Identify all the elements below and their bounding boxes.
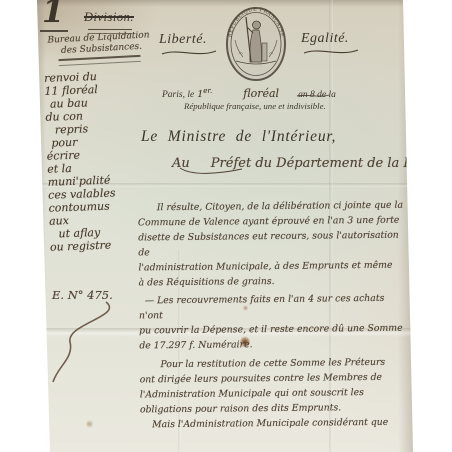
dateline-paris: Paris, le (162, 90, 194, 100)
body-line: pu couvrir la Dépense, et il reste encor… (139, 322, 407, 340)
margin-note-line: ou registre (50, 237, 152, 254)
body-line: disette de Subsistances eut recours, sou… (138, 228, 406, 261)
paraph-flourish (44, 298, 124, 388)
paper-edge-shadow-top (37, 0, 403, 7)
egalite-label: Egalité. (301, 31, 349, 47)
body-line: — Les recouvrements faits en l'an 4 sur … (139, 292, 407, 325)
body-line: Mais l'Administration Municipale considé… (140, 415, 408, 433)
division-label-struck: Division. (84, 10, 134, 25)
dateline-day-suffix: er. (203, 87, 212, 95)
body-paragraph-2: — Les recouvrements faits en l'an 4 sur … (139, 292, 408, 354)
bureau-office-note: Bureau de Liquidation des Subsistances. (47, 30, 151, 66)
egalite-flourish (302, 47, 360, 57)
margin-annotation: renvoi du 11 floréal au bau du con repri… (44, 68, 152, 253)
body-paragraph-4: Mais l'Administration Municipale considé… (140, 415, 408, 433)
republic-motto: République française, une et indivisible… (184, 101, 326, 111)
bureau-underline (59, 55, 141, 66)
addressee-prefet: Préfet du Département de la Drôme (211, 156, 448, 171)
month-underline-flourish (296, 93, 330, 99)
paper-sheet: 1 Division. Bureau de Liquidation des Su… (0, 0, 452, 452)
republic-seal: RÉPUBLIQUE FRANÇAISE (223, 4, 289, 84)
au-swash-flourish (178, 166, 244, 176)
dateline: Paris, le 1er. floréal an 8 de la (162, 87, 392, 100)
body-line: de 17.297 f. Numéraire. (139, 337, 407, 355)
body-paragraph-1: Il résulte, Citoyen, de la délibération … (138, 199, 407, 291)
letter-body: Il résulte, Citoyen, de la délibération … (138, 199, 408, 433)
body-line: à des Réquisitions de grains. (139, 273, 407, 291)
dateline-month: floréal (243, 87, 279, 100)
corner-numeral: 1 (40, 0, 68, 32)
document-photo: 1 Division. Bureau de Liquidation des Su… (0, 0, 452, 452)
body-line: l'administration Municipale, à des Empru… (138, 258, 406, 276)
liberte-flourish (160, 48, 218, 58)
body-line: ont dirigée leurs poursuites contre les … (140, 371, 408, 389)
liberte-label: Liberté. (159, 32, 207, 48)
body-paragraph-3: Pour la restitution de cette Somme les P… (139, 356, 408, 418)
minister-title: Le Ministre de l'Intérieur, (141, 128, 336, 146)
paper-edge-shadow-left (37, 0, 46, 452)
paper-stain (85, 420, 94, 428)
